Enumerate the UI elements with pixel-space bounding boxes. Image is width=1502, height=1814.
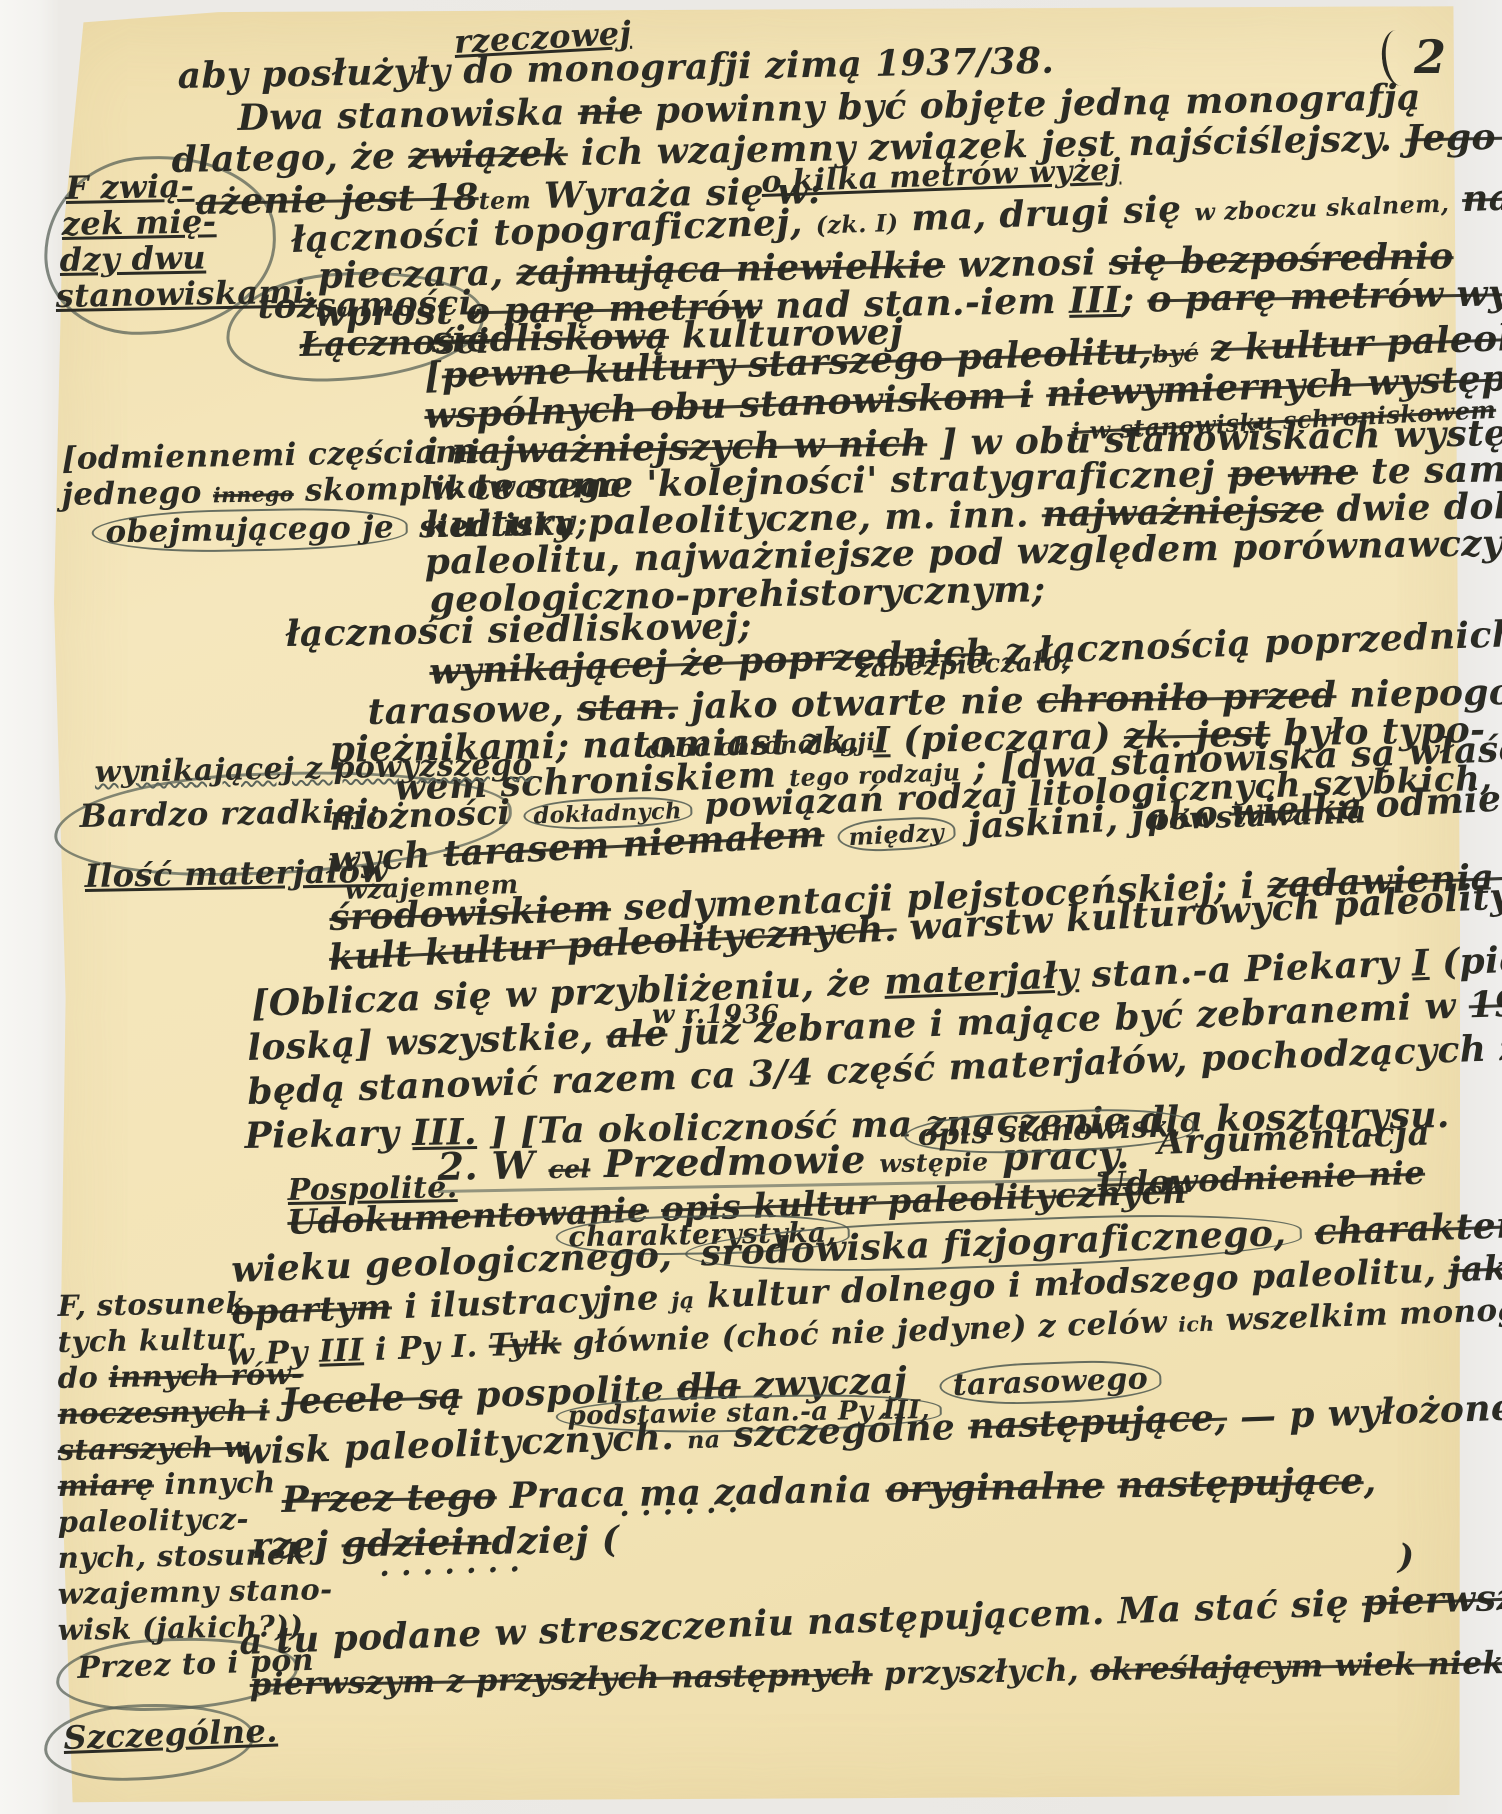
struck-text: być [1152,339,1199,369]
margin-note: paleolitycz- [57,1505,249,1537]
text-segment: paleolitycz- [57,1502,249,1539]
text-segment: tych kultur [57,1322,243,1359]
margin-note: miarę innych [57,1468,275,1501]
text-segment: siedliska; [408,506,588,545]
text-segment: Ilość materjałów [84,852,388,895]
margin-note: do innych rów- [57,1360,303,1393]
struck-text: Przez tego [281,1475,497,1521]
struck-text: jako [1448,1248,1502,1291]
margin-note: tych kultur [57,1325,243,1357]
text-segment: stanowiskami. [55,272,317,315]
struck-text: ale [606,1012,669,1056]
text-segment: szczególne [720,1406,969,1457]
struck-text: innych rów- [108,1357,303,1394]
text-segment: ich [1178,1312,1215,1337]
text-segment: Szczególne. [63,1712,279,1757]
margin-note: wynikającej z powyższego [94,750,532,788]
text-segment: i Py I. [363,1328,489,1368]
margin-note: zek mię- [61,205,216,240]
margin-note: F zwią- [65,170,194,204]
text-segment: ; [1120,278,1147,320]
text-segment: dzy dwu [59,238,206,279]
manuscript-line: zabezpieczało, [855,649,1071,682]
text-segment [1104,1464,1118,1506]
manuscript-line: ) [1398,1540,1415,1574]
text-segment: F zwią- [65,167,194,207]
text-segment: F, stosunek [57,1286,246,1323]
dotted-filler: · · · · · · [619,1496,739,1530]
struck-text: nad [1461,175,1502,220]
text-segment: materjały [883,954,1079,1003]
text-segment: Piekary [244,1112,412,1157]
text-segment: (zk. I) [815,209,899,240]
struck-text: opartym [231,1287,393,1333]
text-segment: III [318,1332,364,1370]
struck-text: Jego wyr- [1405,114,1502,159]
manuscript-line: powstawania [1147,798,1367,836]
text-segment: skomplikowanego [293,467,622,509]
struck-text: noczesnych i [57,1393,269,1431]
struck-text: Tyłk [488,1325,562,1364]
text-segment: wisk (jakich?)) [57,1609,303,1647]
margin-note: [odmiennemi częściami [61,437,480,475]
manuscript-line: tarasowego [939,1364,1162,1402]
text-segment: [ [424,354,443,397]
struck-text: 1937 [1468,981,1502,1027]
text-segment [823,812,838,855]
struck-text: nie [577,90,642,133]
margin-note: Szczególne. [63,1715,278,1754]
text-segment: , [1363,1460,1377,1502]
struck-text: oryginalne [885,1465,1105,1511]
text-segment: Przedmowie [590,1136,880,1186]
text-segment: dlatego, że [171,135,408,181]
text-segment: ) [1398,1537,1415,1577]
margin-note: starszych w [57,1433,249,1465]
margin-note: Przez to i pón [77,1646,314,1684]
text-segment: na [687,1425,721,1454]
struck-text: następujące [1117,1460,1364,1506]
text-segment: jednego [61,474,213,513]
struck-text: cel [548,1153,590,1184]
margin-note: dzy dwu [59,241,206,276]
margin-note: nych, stosunek [57,1540,306,1573]
text-segment: do [57,1360,109,1395]
manuscript-line: Argumentacja [1157,1117,1431,1160]
dotted-filler: · · · · · · · [379,1555,521,1590]
text-segment: innych [154,1465,276,1501]
margin-note: obejmującego je siedliska; [91,509,587,549]
margin-note: wzajemny stano- [57,1575,332,1609]
text-segment: wzajemny stano- [57,1572,332,1611]
struck-text: Jecele są [281,1375,463,1423]
struck-text: innego [213,482,294,507]
text-segment: nych, stosunek [57,1537,306,1575]
text-segment: III [1069,279,1121,322]
margin-note: wisk (jakich?)) [57,1612,303,1645]
margin-note: stanowiskami. [55,275,317,312]
margin-note: F, stosunek [57,1289,246,1321]
margin-note: Ilość materjałów [84,855,388,892]
struck-text: starszych w [57,1430,249,1467]
text-segment: ją [671,1288,695,1315]
text-segment: przyszłych, [872,1652,1090,1692]
struck-text: związek [408,132,568,177]
struck-text: pierwszym [1361,1574,1502,1623]
text-segment: I [1411,942,1430,985]
text-segment: · · · · · · [619,1493,739,1532]
scanned-manuscript: 2 rzeczowejaby posłużyły do monografji z… [0,0,1502,1814]
struck-text: miarę [57,1467,154,1503]
text-segment: · · · · · · · [379,1552,521,1592]
margin-note: noczesnych i [57,1396,269,1429]
struck-text: o parę metrów wyżej [1147,271,1502,320]
text-segment: zek mię- [61,202,216,243]
